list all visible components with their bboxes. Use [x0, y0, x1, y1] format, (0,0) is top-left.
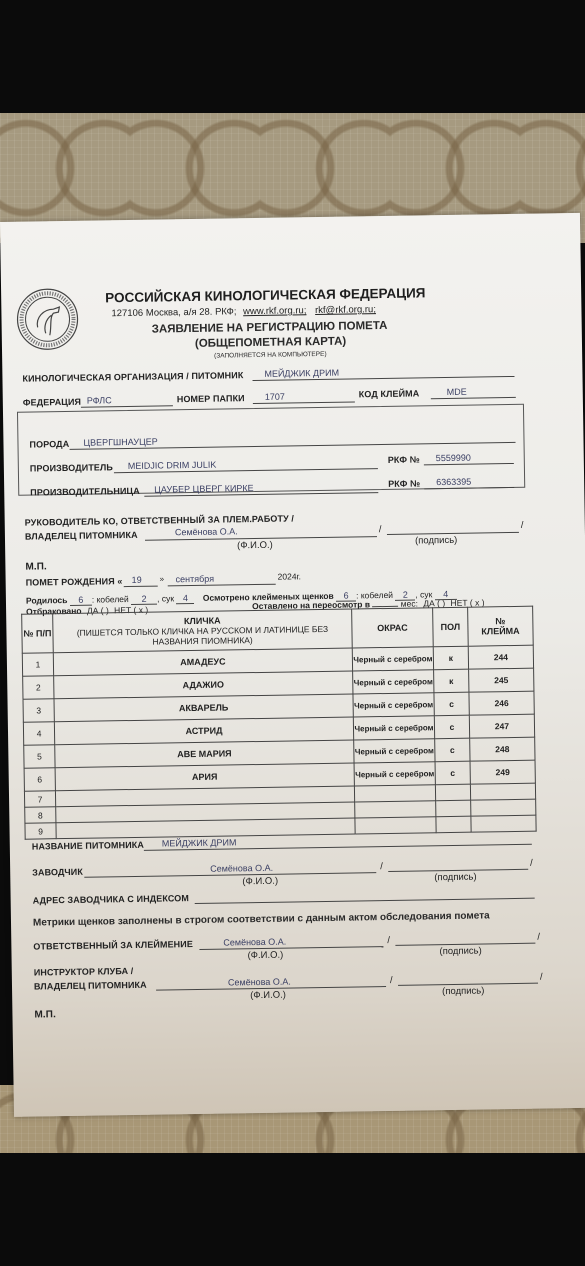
birth-day: 19: [132, 575, 142, 585]
cell-color: Черный с серебром: [353, 670, 434, 694]
brand-code-value: MDE: [447, 387, 467, 397]
cell-num: 6: [24, 768, 55, 791]
cell-color: [354, 785, 435, 802]
col-num: № П/П: [22, 614, 54, 653]
cell-num: 3: [23, 699, 54, 722]
birth-month: сентября: [176, 574, 215, 585]
cell-color: Черный с серебром: [354, 762, 435, 786]
cell-num: 8: [25, 807, 56, 823]
form-note: (ЗАПОЛНЯЕТСЯ НА КОМПЬЮТЕРЕ): [214, 351, 327, 360]
cell-brand: 247: [469, 714, 534, 738]
cell-brand: [471, 815, 536, 832]
cell-sex: [436, 800, 471, 817]
cell-num: 9: [25, 823, 56, 839]
branding-resp-value: Семёнова О.А.: [223, 937, 286, 948]
cell-brand: 246: [469, 691, 534, 715]
females-label: , сук: [157, 593, 174, 603]
slash: /: [537, 932, 540, 943]
head-label-2: ВЛАДЕЛЕЦ ПИТОМНИКА: [25, 530, 138, 542]
folder-label: НОМЕР ПАПКИ: [177, 393, 245, 404]
dam-value: ЦАУБЕР ЦВЕРГ КИРКЕ: [154, 483, 254, 495]
branding-fio-caption: (Ф.И.О.): [247, 950, 283, 962]
col-sex: ПОЛ: [433, 607, 469, 647]
cell-color: Черный с серебром: [352, 647, 433, 671]
cell-num: 1: [22, 653, 53, 676]
branding-resp-label: ОТВЕТСТВЕННЫЙ ЗА КЛЕЙМЕНИЕ: [33, 939, 193, 952]
breeder-value: Семёнова О.А.: [210, 863, 273, 874]
cell-brand: [471, 799, 536, 816]
breeder-label: ЗАВОДЧИК: [32, 867, 83, 878]
signature-caption: (подпись): [415, 535, 457, 547]
cell-num: 5: [24, 745, 55, 768]
dam-rkf-label: РКФ №: [388, 478, 420, 489]
org-email-link[interactable]: rkf@rkf.org.ru;: [315, 304, 376, 316]
born-label: Родилось: [26, 595, 68, 606]
breed-value: ЦВЕРГШНАУЦЕР: [83, 437, 157, 448]
cell-color: Черный с серебром: [353, 693, 434, 717]
cell-name: [56, 818, 355, 839]
slash: /: [530, 858, 533, 869]
dam-rkf-value: 6363395: [436, 477, 471, 488]
dam-label: ПРОИЗВОДИТЕЛЬНИЦА: [30, 486, 140, 498]
instructor-value: Семёнова О.А.: [228, 977, 291, 988]
breed-label: ПОРОДА: [29, 439, 69, 450]
quote-close: »: [160, 574, 165, 583]
federation-label: ФЕДЕРАЦИЯ: [23, 397, 81, 408]
cell-brand: 244: [468, 645, 533, 669]
instructor-label-2: ВЛАДЕЛЕЦ ПИТОМНИКА: [34, 980, 147, 992]
kennel-name-value: МЕЙДЖИК ДРИМ: [162, 837, 237, 848]
cell-num: 2: [23, 676, 54, 699]
cell-brand: [470, 783, 535, 800]
sire-value: MEIDJIC DRIM JULIK: [128, 460, 217, 471]
instructor-signature-caption: (подпись): [442, 985, 484, 997]
sire-rkf-label: РКФ №: [388, 454, 420, 465]
slash: /: [390, 975, 393, 986]
statement: Метрики щенков заполнены в строгом соотв…: [33, 910, 490, 928]
cell-color: Черный с серебром: [353, 716, 434, 740]
slash: /: [379, 524, 382, 535]
cell-sex: с: [434, 715, 469, 739]
cell-num: 7: [24, 791, 55, 807]
stamp-label: М.П.: [25, 561, 47, 572]
cell-sex: [435, 784, 470, 801]
cell-color: [355, 801, 436, 818]
org-address: 127106 Москва, а/я 28. РКФ;: [111, 306, 236, 319]
cell-brand: 248: [470, 737, 535, 761]
cell-sex: с: [435, 761, 470, 785]
rkf-greyhound-seal-icon: [15, 287, 80, 352]
head-label-1: РУКОВОДИТЕЛЬ КО, ОТВЕТСТВЕННЫЙ ЗА ПЛЕМ.Р…: [25, 513, 294, 527]
cell-color: [355, 817, 436, 834]
form-title: ЗАЯВЛЕНИЕ НА РЕГИСТРАЦИЮ ПОМЕТА: [152, 320, 388, 336]
cell-sex: к: [434, 669, 469, 693]
born-value: 6: [70, 595, 92, 606]
cell-brand: 245: [469, 668, 534, 692]
federation-value: РФЛС: [87, 395, 112, 405]
birth-year: 2024г.: [278, 571, 301, 581]
puppies-table: № П/П КЛИЧКА (ПИШЕТСЯ ТОЛЬКО КЛИЧКА НА Р…: [21, 606, 536, 840]
slash: /: [380, 861, 383, 872]
cell-num: 4: [23, 722, 54, 745]
org-name: РОССИЙСКАЯ КИНОЛОГИЧЕСКАЯ ФЕДЕРАЦИЯ: [105, 285, 425, 305]
kennel-org-value: МЕЙДЖИК ДРИМ: [264, 368, 339, 379]
males-label: : кобелей: [92, 594, 129, 605]
kennel-org-label: КИНОЛОГИЧЕСКАЯ ОРГАНИЗАЦИЯ / ПИТОМНИК: [22, 370, 243, 383]
breeder-fio-caption: (Ф.И.О.): [242, 876, 278, 888]
cell-sex: с: [435, 738, 470, 762]
breeder-signature-caption: (подпись): [434, 872, 476, 884]
instructor-fio-caption: (Ф.И.О.): [250, 990, 286, 1002]
slash: /: [521, 520, 524, 531]
org-website-link[interactable]: www.rkf.org.ru;: [243, 305, 307, 317]
cell-sex: [436, 816, 471, 833]
col-brand-title: КЛЕЙМА: [468, 626, 532, 637]
cell-sex: к: [433, 646, 468, 670]
col-name: КЛИЧКА (ПИШЕТСЯ ТОЛЬКО КЛИЧКА НА РУССКОМ…: [53, 609, 353, 653]
sire-rkf-value: 5559990: [436, 453, 471, 464]
brand-code-label: КОД КЛЕЙМА: [359, 388, 420, 399]
slash: /: [387, 935, 390, 946]
slash: /: [540, 972, 543, 983]
form-subtitle: (ОБЩЕПОМЕТНАЯ КАРТА): [195, 336, 346, 350]
footer-stamp: М.П.: [34, 1009, 56, 1020]
cell-sex: с: [434, 692, 469, 716]
litter-registration-form: РОССИЙСКАЯ КИНОЛОГИЧЕСКАЯ ФЕДЕРАЦИЯ 1271…: [0, 213, 585, 1117]
males-value: 2: [131, 594, 157, 605]
sire-label: ПРОИЗВОДИТЕЛЬ: [30, 462, 113, 473]
cell-color: Черный с серебром: [354, 739, 435, 763]
breeder-address-label: АДРЕС ЗАВОДЧИКА С ИНДЕКСОМ: [33, 893, 189, 905]
kennel-name-label: НАЗВАНИЕ ПИТОМНИКА: [32, 840, 144, 852]
col-brand: № КЛЕЙМА: [468, 606, 534, 646]
instructor-label-1: ИНСТРУКТОР КЛУБА /: [34, 966, 134, 978]
females-value: 4: [176, 593, 194, 604]
cell-brand: 249: [470, 760, 535, 784]
col-color: ОКРАС: [352, 608, 434, 648]
birth-label: ПОМЕТ РОЖДЕНИЯ «: [26, 576, 123, 588]
folder-value: 1707: [265, 392, 285, 402]
fio-caption: (Ф.И.О.): [237, 540, 273, 552]
head-value: Семёнова О.А.: [175, 526, 238, 537]
branding-signature-caption: (подпись): [439, 946, 481, 958]
